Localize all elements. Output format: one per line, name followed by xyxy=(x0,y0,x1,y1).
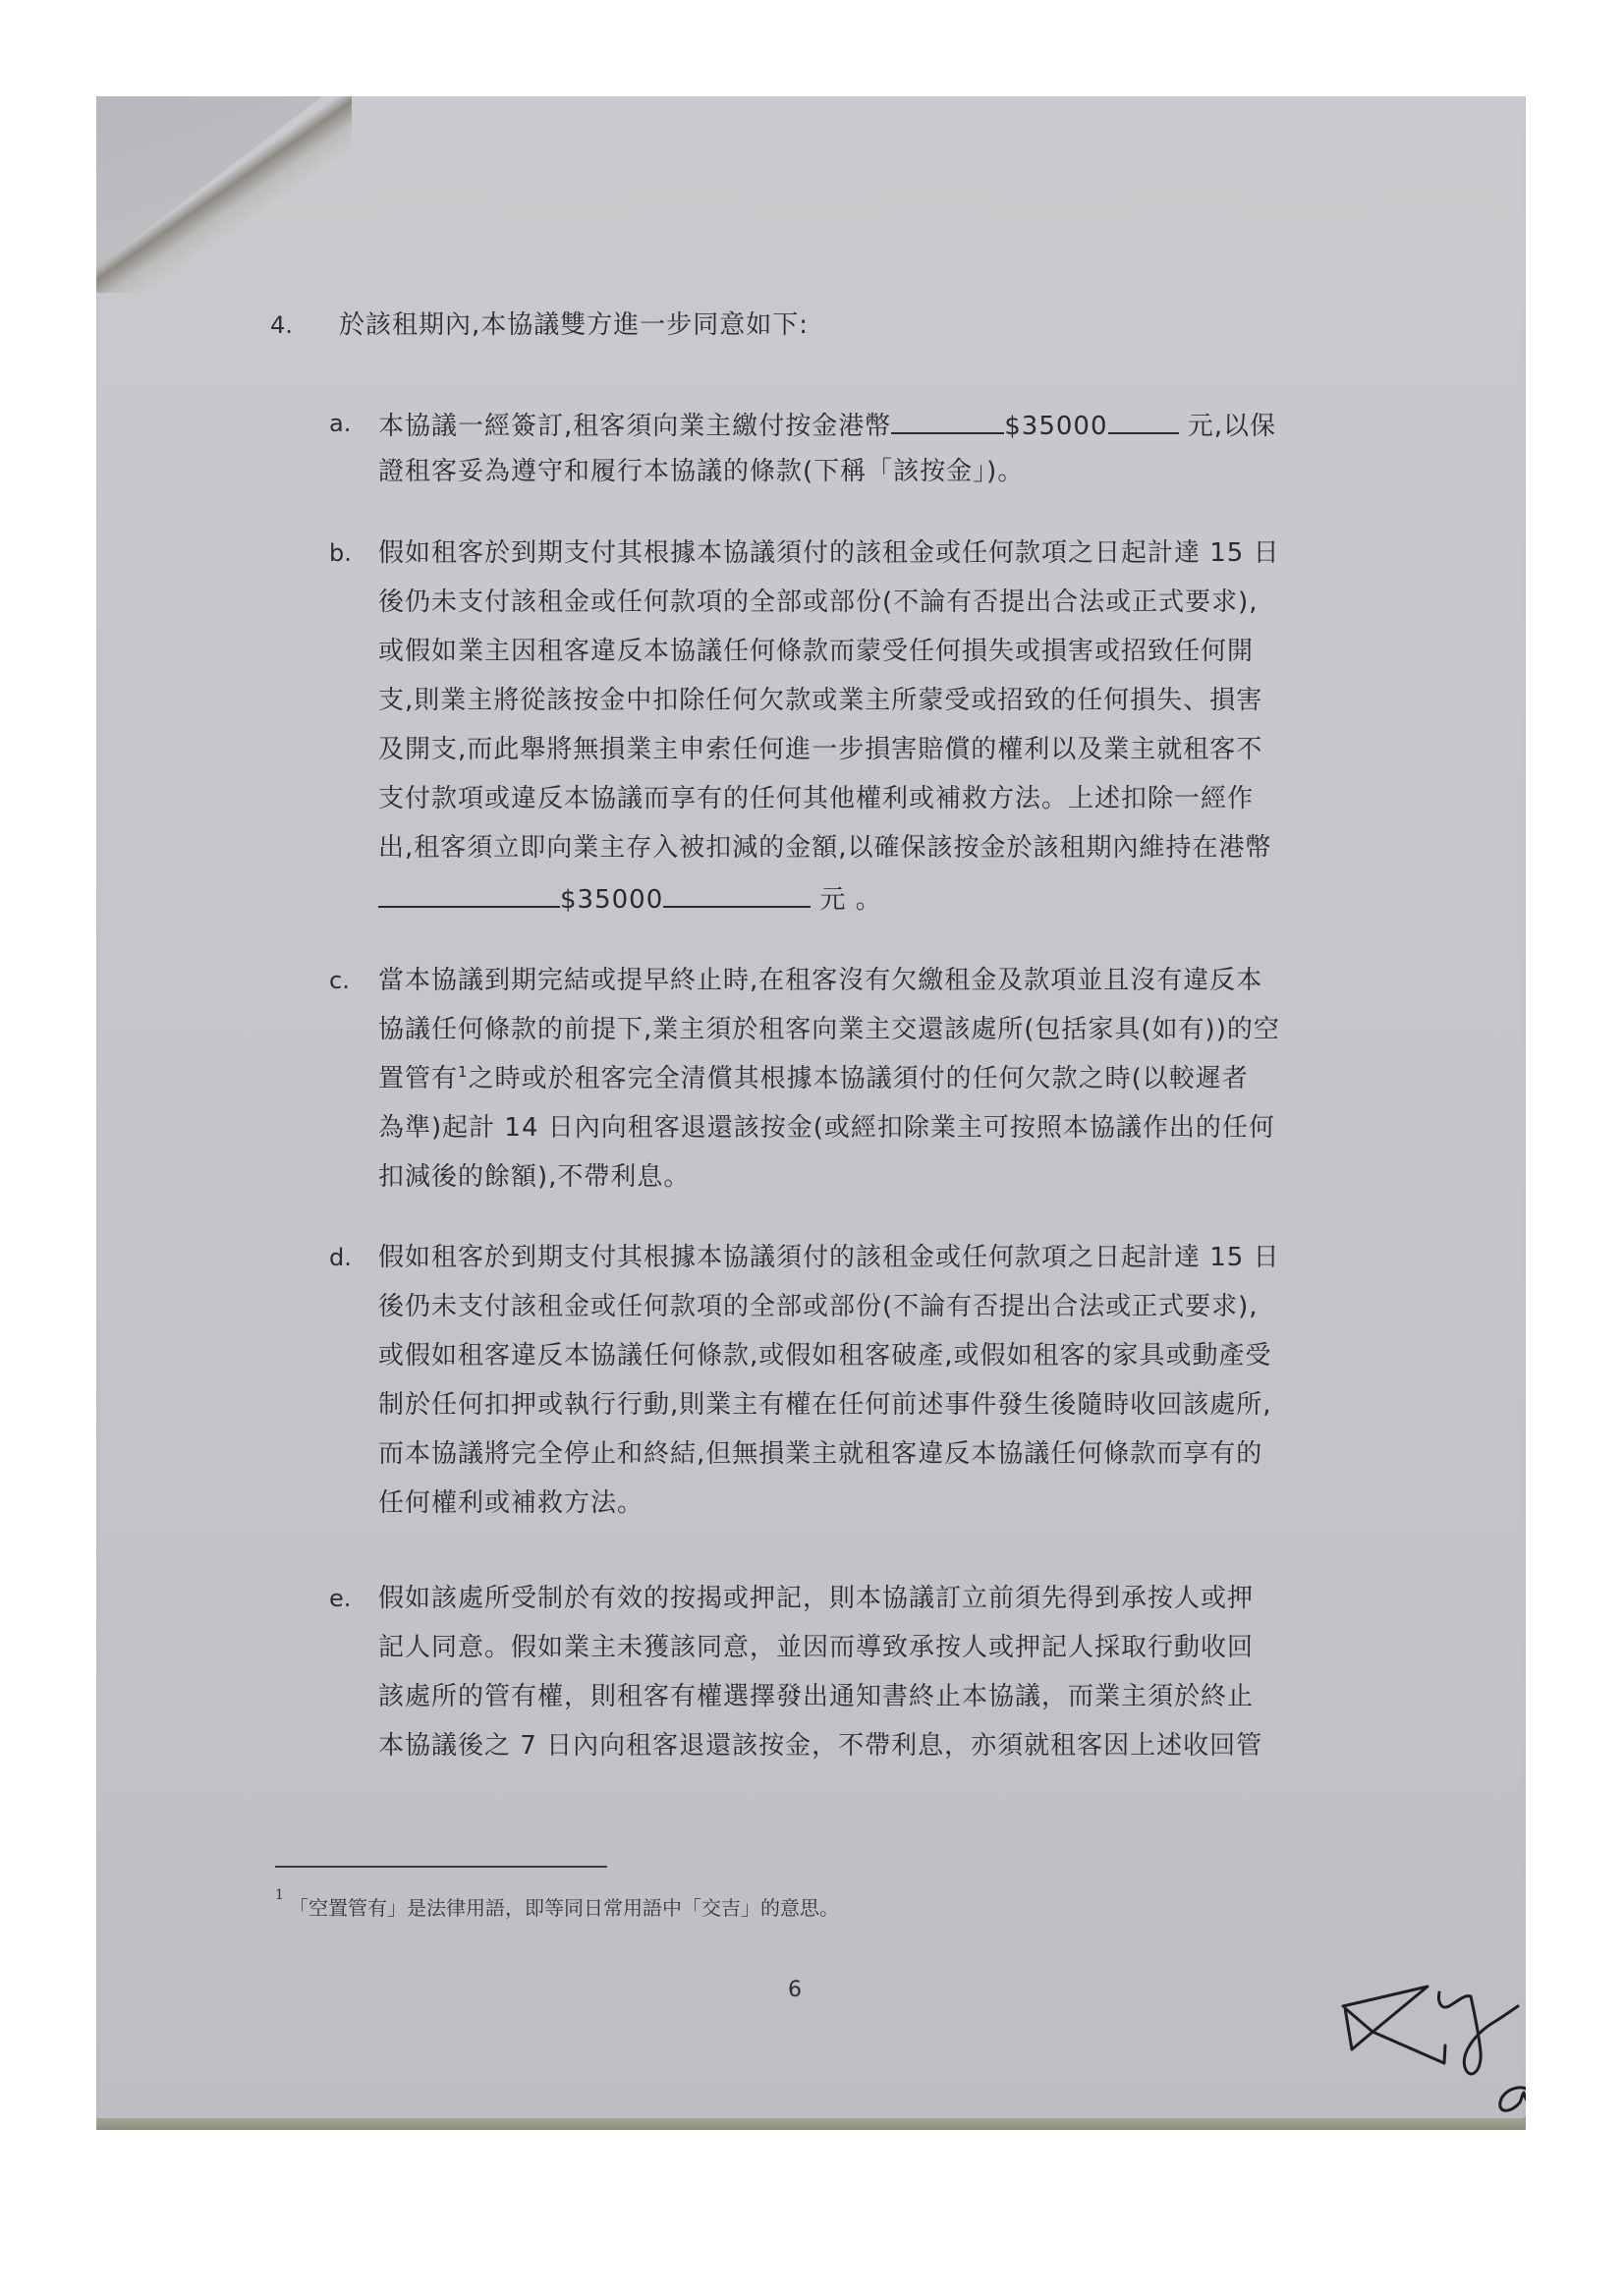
clause-line: 該處所的管有權，則租客有權選擇發出通知書終止本協議，而業主須於終止 xyxy=(378,1682,1254,1711)
clause-text: 置管有 xyxy=(378,1064,458,1093)
clause-line: 後仍未支付該租金或任何款項的全部或部份(不論有否提出合法或正式要求), xyxy=(378,588,1259,617)
document-photo: 4. 於該租期內,本協議雙方進一步同意如下: a. 本協議一經簽訂,租客須向業主… xyxy=(96,96,1526,2130)
clause-line: 當本協議到期完結或提早終止時,在租客沒有欠繳租金及款項並且沒有違反本 xyxy=(378,966,1262,995)
clause-text: 本協議一經簽訂,租客須向業主繳付按金港幣 xyxy=(378,412,891,441)
clause-line: 協議任何條款的前提下,業主須於租客向業主交還該處所(包括家具(如有))的空 xyxy=(378,1015,1280,1044)
clause-line: 本協議後之 7 日內向租客退還該按金，不帶利息，亦須就租客因上述收回管 xyxy=(378,1731,1262,1761)
clause-line: 後仍未支付該租金或任何款項的全部或部份(不論有否提出合法或正式要求), xyxy=(378,1292,1259,1321)
clause-line: 假如租客於到期支付其根據本協議須付的該租金或任何款項之日起計達 15 日 xyxy=(378,538,1280,568)
clause-line: 記人同意。假如業主未獲該同意，並因而導致承按人或押記人採取行動收回 xyxy=(378,1633,1254,1662)
clause-line: 本協議一經簽訂,租客須向業主繳付按金港幣$35000 元,以保 xyxy=(378,409,1276,441)
clause-marker: e. xyxy=(329,1584,351,1613)
footnote-divider xyxy=(275,1866,607,1868)
clause-line: 假如租客於到期支付其根據本協議須付的該租金或任何款項之日起計達 15 日 xyxy=(378,1243,1280,1272)
clause-line: 支,則業主將從該按金中扣除任何欠款或業主所蒙受或招致的任何損失、損害 xyxy=(378,686,1262,715)
fold-shadow xyxy=(96,96,352,293)
clause-line: 任何權利或補救方法。 xyxy=(378,1488,644,1518)
blank-line xyxy=(378,882,560,908)
clause-text: 元,以保 xyxy=(1188,412,1276,441)
clause-line: 假如該處所受制於有效的按揭或押記，則本協議訂立前須先得到承按人或押 xyxy=(378,1584,1254,1613)
clause-marker: b. xyxy=(329,538,352,568)
clause-marker: a. xyxy=(329,409,351,438)
handwritten-signature-icon xyxy=(1302,1965,1526,2130)
blank-line xyxy=(891,409,1004,434)
section-heading: 於該租期內,本協議雙方進一步同意如下: xyxy=(339,310,809,340)
clause-line: 或假如業主因租客違反本協議任何條款而蒙受任何損失或損害或招致任何開 xyxy=(378,637,1254,666)
clause-line: 而本協議將完全停止和終結,但無損業主就租客違反本協議任何條款而享有的 xyxy=(378,1439,1262,1469)
footnote-number: 1 xyxy=(275,1887,284,1903)
clause-line: 置管有1之時或於租客完全清償其根據本協議須付的任何欠款之時(以較遲者 xyxy=(378,1064,1249,1093)
clause-line: $35000 元 。 xyxy=(378,882,882,915)
clause-line: 制於任何扣押或執行行動,則業主有權在任何前述事件發生後隨時收回該處所, xyxy=(378,1390,1272,1420)
deposit-amount: $35000 xyxy=(560,885,663,915)
section-number: 4. xyxy=(270,310,293,340)
clause-line: 證租客妥為遵守和履行本協議的條款(下稱「該按金」)。 xyxy=(378,457,1024,486)
clause-line: 及開支,而此舉將無損業主申索任何進一步損害賠償的權利以及業主就租客不 xyxy=(378,735,1262,764)
page-number: 6 xyxy=(788,1978,802,2002)
footnote-text: 「空置管有」是法律用語，即等同日常用語中「交吉」的意思。 xyxy=(289,1892,839,1921)
blank-line xyxy=(1108,409,1179,434)
clause-text: 元 。 xyxy=(820,885,882,915)
clause-marker: c. xyxy=(329,966,350,995)
clause-line: 支付款項或違反本協議而享有的任何其他權利或補救方法。上述扣除一經作 xyxy=(378,784,1254,813)
blank-line xyxy=(663,882,811,908)
clause-line: 出,租客須立即向業主存入被扣減的金額,以確保該按金於該租期內維持在港幣 xyxy=(378,833,1272,863)
deposit-amount: $35000 xyxy=(1004,412,1107,441)
clause-line: 為準)起計 14 日內向租客退還該按金(或經扣除業主可按照本協議作出的任何 xyxy=(378,1113,1275,1143)
clause-line: 扣減後的餘額),不帶利息。 xyxy=(378,1162,690,1192)
clause-marker: d. xyxy=(329,1243,352,1272)
footnote-ref[interactable]: 1 xyxy=(458,1063,469,1081)
clause-line: 或假如租客違反本協議任何條款,或假如租客破產,或假如租客的家具或動產受 xyxy=(378,1341,1272,1371)
clause-text: 之時或於租客完全清償其根據本協議須付的任何欠款之時(以較遲者 xyxy=(469,1064,1249,1093)
